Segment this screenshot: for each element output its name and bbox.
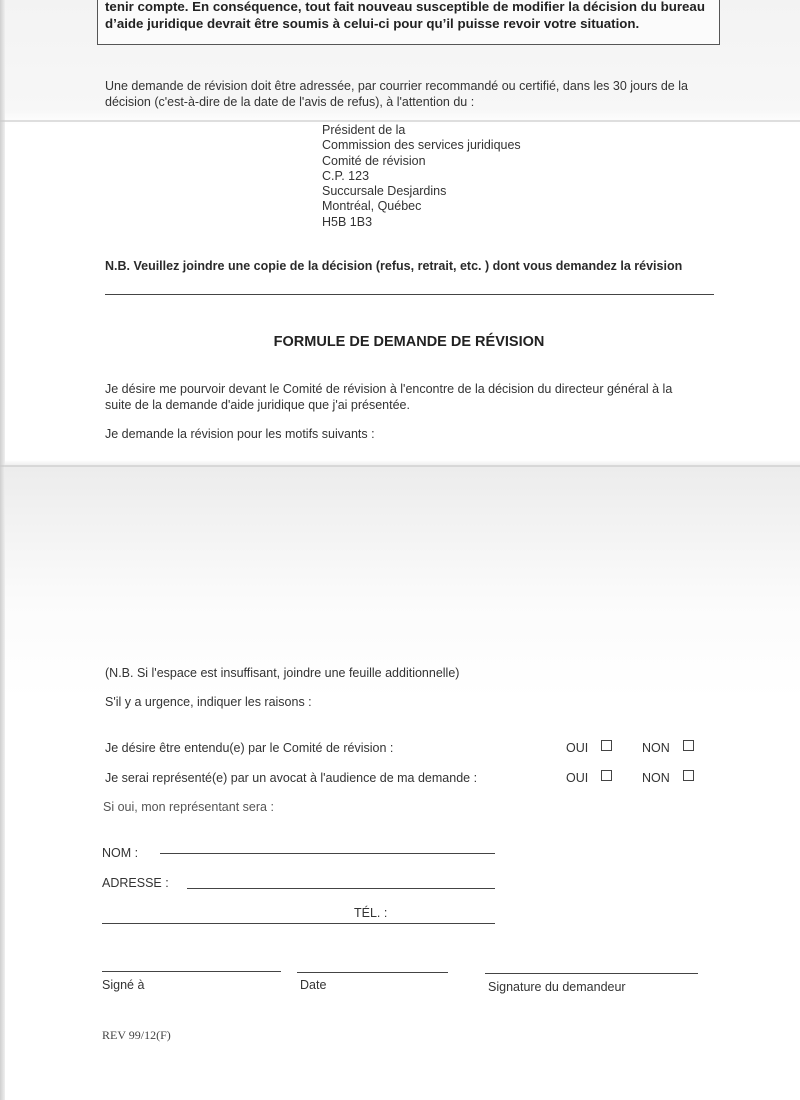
address-line: H5B 1B3 xyxy=(322,215,521,230)
insufficient-space-note: (N.B. Si l'espace est insuffisant, joind… xyxy=(105,665,459,681)
instructions-line-2: décision (c'est-à-dire de la date de l'a… xyxy=(105,94,688,110)
hearing-question: Je désire être entendu(e) par le Comité … xyxy=(105,740,393,756)
urgency-writing-area[interactable] xyxy=(105,712,715,736)
representative-intro: Si oui, mon représentant sera : xyxy=(103,799,274,815)
scanned-page: tenir compte. En conséquence, tout fait … xyxy=(0,0,800,1100)
adresse-field[interactable] xyxy=(187,888,495,889)
section-divider xyxy=(105,294,714,295)
address-line: Succursale Desjardins xyxy=(322,184,521,199)
nom-label: NOM : xyxy=(102,845,138,861)
lawyer-no-label: NON xyxy=(642,771,670,785)
tel-field[interactable] xyxy=(102,923,495,924)
motifs-label: Je demande la révision pour les motifs s… xyxy=(105,426,375,442)
lawyer-no-checkbox[interactable] xyxy=(683,770,694,781)
lawyer-question: Je serai représenté(e) par un avocat à l… xyxy=(105,770,477,786)
address-line: Commission des services juridiques xyxy=(322,138,521,153)
address-line: Montréal, Québec xyxy=(322,199,521,214)
notice-text: tenir compte. En conséquence, tout fait … xyxy=(105,0,717,32)
form-intro-line-2: suite de la demande d'aide juridique que… xyxy=(105,397,672,413)
instructions-line-1: Une demande de révision doit être adress… xyxy=(105,78,688,94)
lawyer-yes-label: OUI xyxy=(566,771,588,785)
date-label: Date xyxy=(300,978,326,992)
form-intro: Je désire me pourvoir devant le Comité d… xyxy=(105,381,672,413)
tel-label: TÉL. : xyxy=(354,905,387,921)
form-intro-line-1: Je désire me pourvoir devant le Comité d… xyxy=(105,381,672,397)
hearing-no-checkbox[interactable] xyxy=(683,740,694,751)
form-code: REV 99/12(F) xyxy=(102,1028,171,1043)
form-title: FORMULE DE DEMANDE DE RÉVISION xyxy=(0,334,800,350)
date-field[interactable] xyxy=(297,972,448,973)
signed-at-label: Signé à xyxy=(102,978,144,992)
adresse-label: ADRESSE : xyxy=(102,875,169,891)
hearing-yes-checkbox[interactable] xyxy=(601,740,612,751)
signed-at-field[interactable] xyxy=(102,971,281,972)
address-line: Comité de révision xyxy=(322,154,521,169)
motifs-writing-area[interactable] xyxy=(105,448,715,658)
notice-line-2: d’aide juridique devrait être soumis à c… xyxy=(105,15,717,32)
address-line: Président de la xyxy=(322,123,521,138)
notice-line-1: tenir compte. En conséquence, tout fait … xyxy=(105,0,717,15)
mailing-address: Président de la Commission des services … xyxy=(322,123,521,230)
attach-decision-note: N.B. Veuillez joindre une copie de la dé… xyxy=(105,259,682,273)
instructions-paragraph: Une demande de révision doit être adress… xyxy=(105,78,688,110)
page-edge-shadow xyxy=(0,0,5,1100)
lawyer-yes-checkbox[interactable] xyxy=(601,770,612,781)
hearing-no-label: NON xyxy=(642,741,670,755)
hearing-yes-label: OUI xyxy=(566,741,588,755)
urgency-label: S'il y a urgence, indiquer les raisons : xyxy=(105,694,312,710)
signature-label: Signature du demandeur xyxy=(488,980,626,994)
signature-field[interactable] xyxy=(485,973,698,974)
fold-crease-top xyxy=(0,120,800,122)
nom-field[interactable] xyxy=(160,853,495,854)
address-line: C.P. 123 xyxy=(322,169,521,184)
